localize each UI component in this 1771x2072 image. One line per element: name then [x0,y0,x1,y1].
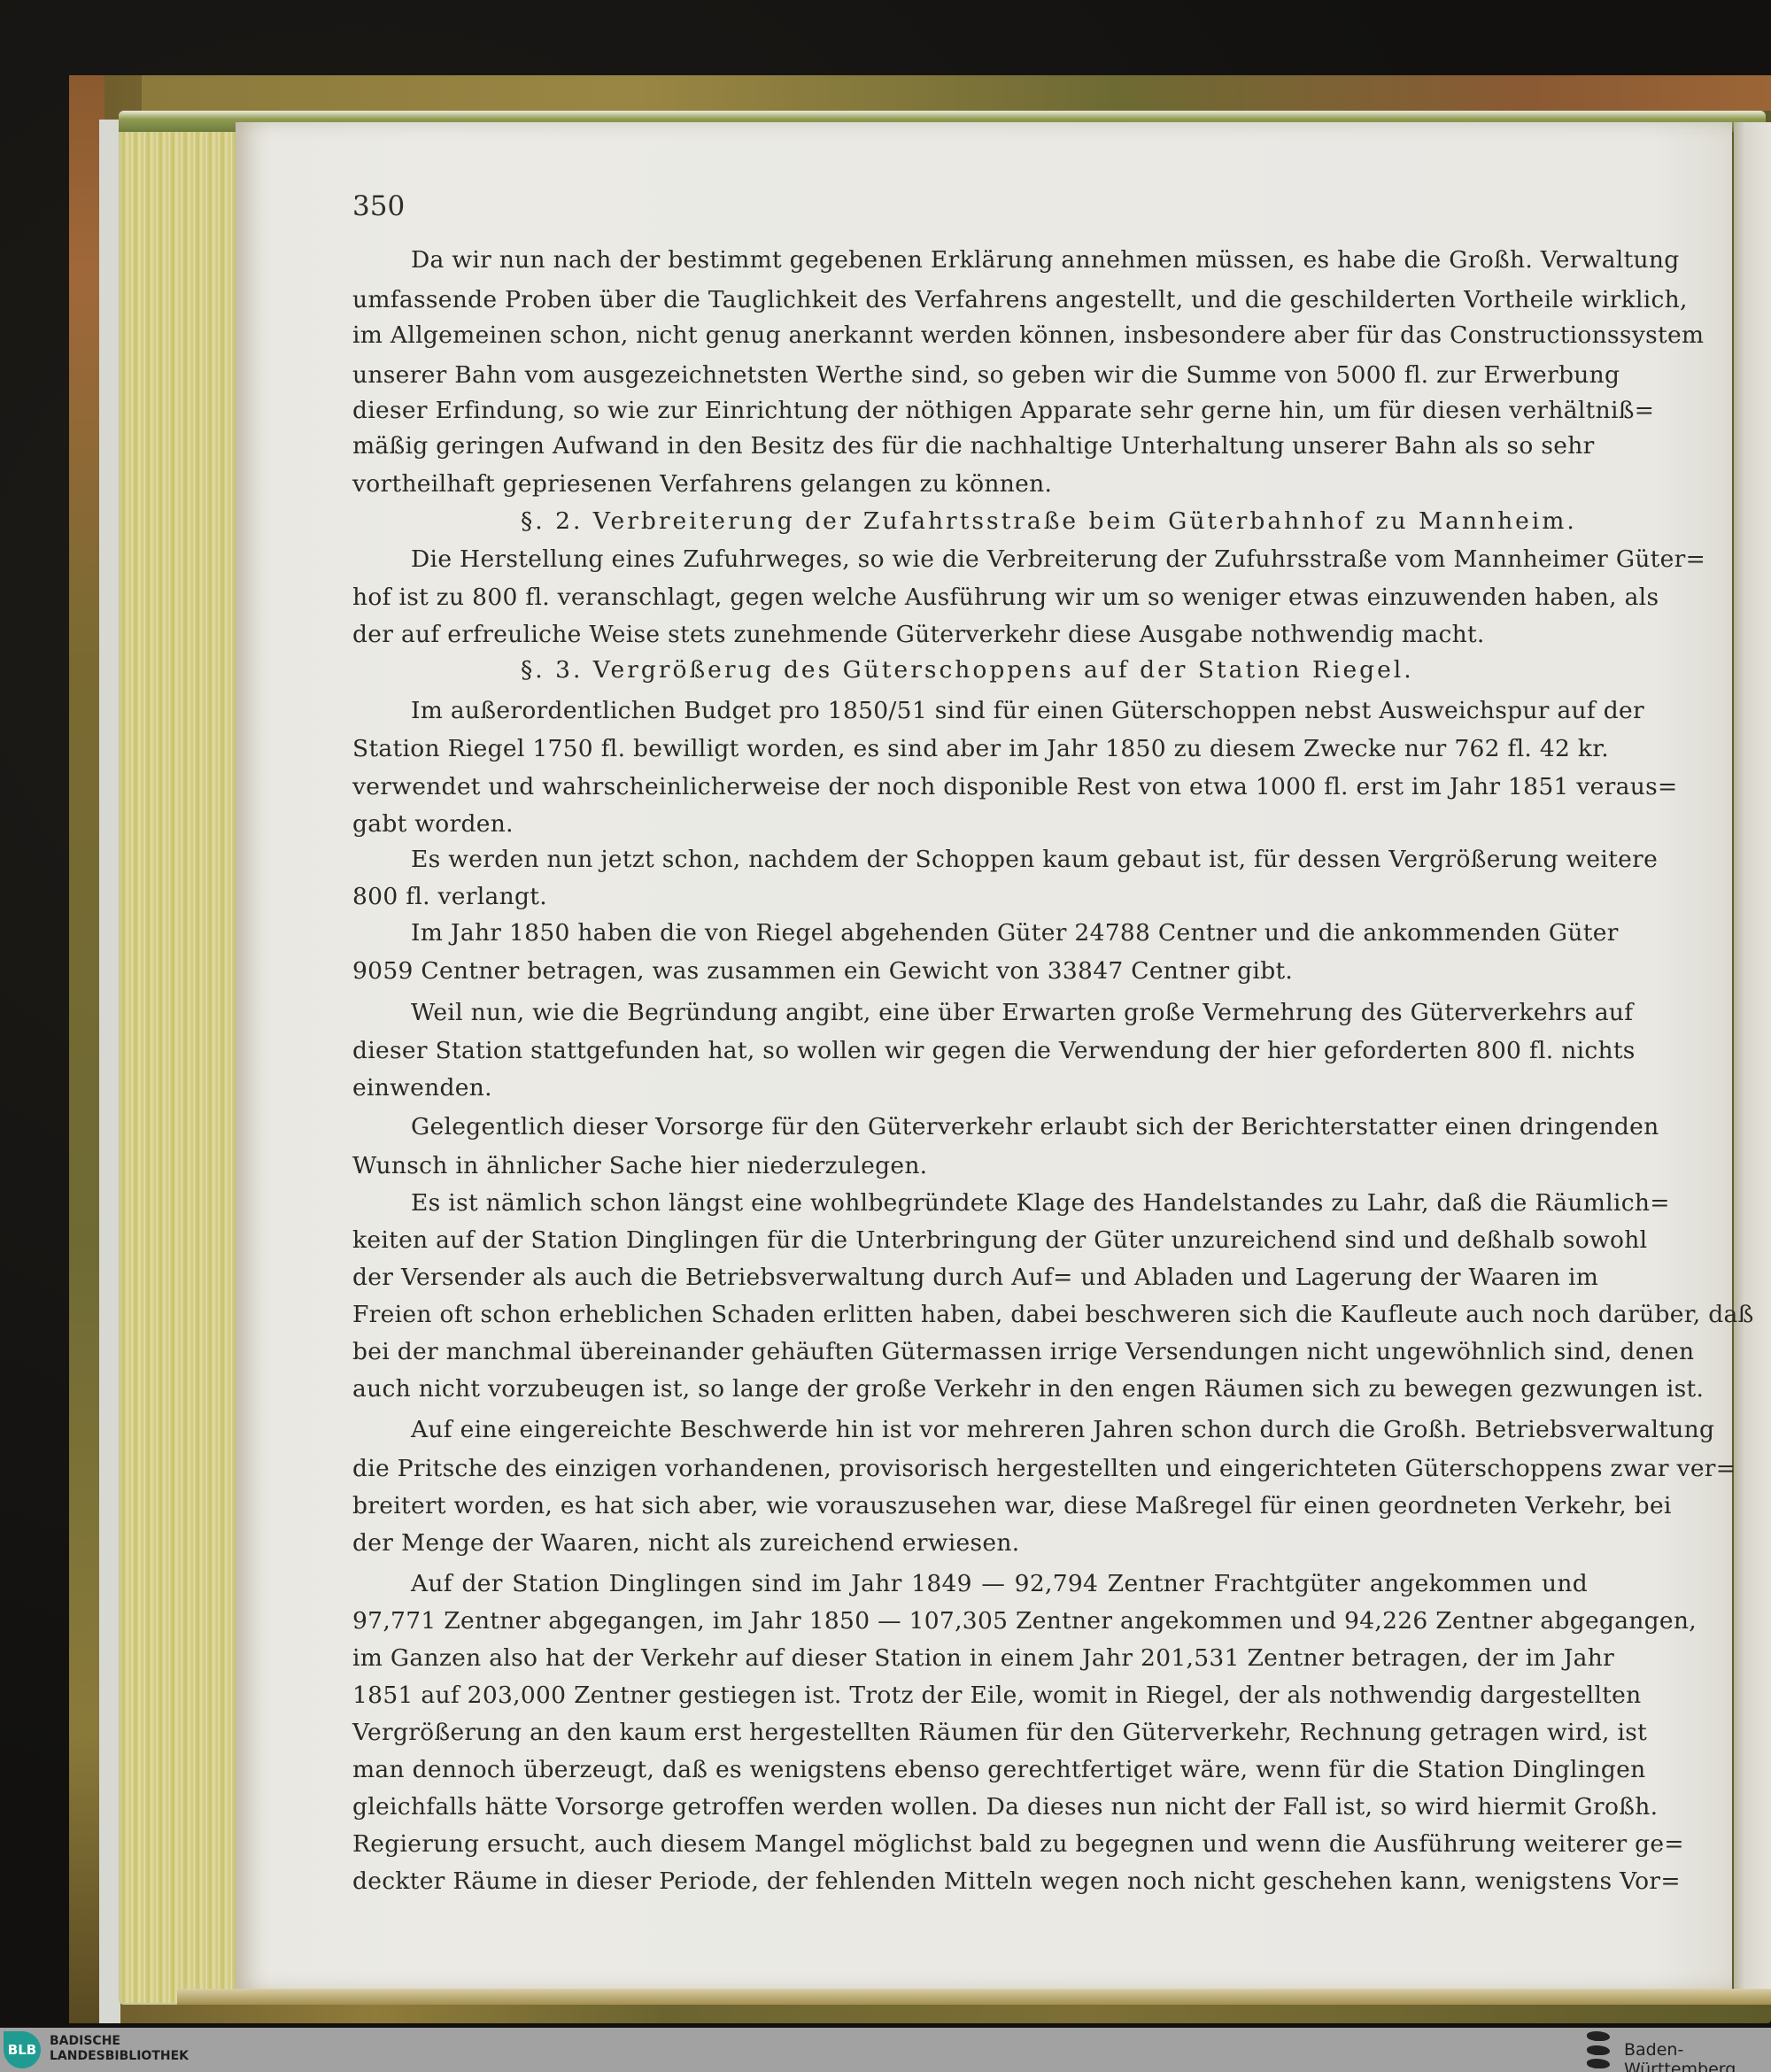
footer-bar [0,2028,1771,2072]
page-block-edge [119,111,237,2005]
text-line: Vergrößerung an den kaum erst hergestell… [352,1718,1588,1748]
text-line: die Pritsche des einzigen vorhandenen, p… [352,1454,1588,1484]
text-line: gleichfalls hätte Vorsorge getroffen wer… [352,1792,1588,1822]
text-line: 97,771 Zentner abgegangen, im Jahr 1850 … [352,1606,1588,1636]
text-line: einwenden. [352,1073,1588,1103]
section-heading: §. 2. Verbreiterung der Zufahrtsstraße b… [521,506,1577,537]
page-number: 350 [352,190,405,222]
text-line: dieser Station stattgefunden hat, so wol… [352,1036,1588,1066]
text-line: der auf erfreuliche Weise stets zunehmen… [352,620,1588,650]
text-line: Gelegentlich dieser Vorsorge für den Güt… [411,1112,1588,1142]
next-page-edge [1734,122,1771,1991]
baden-wuerttemberg-label[interactable]: Baden-Württemberg [1624,2040,1771,2072]
text-line: gabt worden. [352,809,1588,839]
text-line: deckter Räume in dieser Periode, der feh… [352,1867,1588,1897]
section-heading: §. 3. Vergrößerug des Güterschoppens auf… [521,655,1414,685]
text-line: 1851 auf 203,000 Zentner gestiegen ist. … [352,1681,1588,1711]
text-line: Station Riegel 1750 fl. bewilligt worden… [352,734,1588,764]
text-line: Wunsch in ähnlicher Sache hier niederzul… [352,1151,1588,1181]
blb-name[interactable]: BADISCHE LANDESBIBLIOTHEK [50,2034,189,2064]
text-line: im Ganzen also hat der Verkehr auf diese… [352,1643,1588,1674]
text-line: Die Herstellung eines Zufuhrweges, so wi… [411,545,1588,575]
text-line: keiten auf der Station Dinglingen für di… [352,1225,1588,1256]
text-line: Freien oft schon erheblichen Schaden erl… [352,1300,1588,1330]
text-line: Im Jahr 1850 haben die von Riegel abgehe… [411,918,1588,948]
blb-logo[interactable]: BLB [4,2031,41,2068]
blb-logo-text: BLB [8,2042,36,2058]
text-line: mäßig geringen Aufwand in den Besitz des… [352,431,1588,461]
text-line: der Versender als auch die Betriebsverwa… [352,1263,1588,1293]
text-line: der Menge der Waaren, nicht als zureiche… [352,1528,1588,1558]
page-bottom-edge [177,1989,1771,2005]
text-line: Es werden nun jetzt schon, nachdem der S… [411,845,1588,875]
text-line: Auf eine eingereichte Beschwerde hin ist… [411,1415,1588,1445]
text-line: unserer Bahn vom ausgezeichnetsten Werth… [352,360,1588,390]
text-line: dieser Erfindung, so wie zur Einrichtung… [352,396,1588,426]
text-line: umfassende Proben über die Tauglichkeit … [352,285,1588,315]
text-line: bei der manchmal übereinander gehäuften … [352,1337,1588,1367]
text-line: Es ist nämlich schon längst eine wohlbeg… [411,1188,1588,1218]
text-line: Weil nun, wie die Begründung angibt, ein… [411,998,1588,1028]
text-line: Auf der Station Dinglingen sind im Jahr … [411,1569,1588,1599]
book-cover-top-edge [142,75,1771,111]
text-line: 800 fl. verlangt. [352,882,1588,912]
blb-name-line2: LANDESBIBLIOTHEK [50,2049,189,2064]
text-line: breitert worden, es hat sich aber, wie v… [352,1491,1588,1521]
baden-wuerttemberg-lions-icon [1585,2031,1612,2068]
text-line: im Allgemeinen schon, nicht genug anerka… [352,321,1588,351]
text-line: vortheilhaft gepriesenen Verfahrens gela… [352,469,1588,499]
text-line: Da wir nun nach der bestimmt gegebenen E… [411,245,1588,275]
text-line: verwendet und wahrscheinlicherweise der … [352,772,1588,802]
text-line: auch nicht vorzubeugen ist, so lange der… [352,1374,1588,1404]
text-line: man dennoch überzeugt, daß es wenigstens… [352,1755,1588,1785]
blb-name-line1: BADISCHE [50,2034,189,2049]
text-line: Im außerordentlichen Budget pro 1850/51 … [411,696,1588,726]
endpaper [99,120,120,2023]
text-line: hof ist zu 800 fl. veranschlagt, gegen w… [352,583,1588,613]
text-line: 9059 Centner betragen, was zusammen ein … [352,956,1588,986]
text-line: Regierung ersucht, auch diesem Mangel mö… [352,1829,1588,1859]
